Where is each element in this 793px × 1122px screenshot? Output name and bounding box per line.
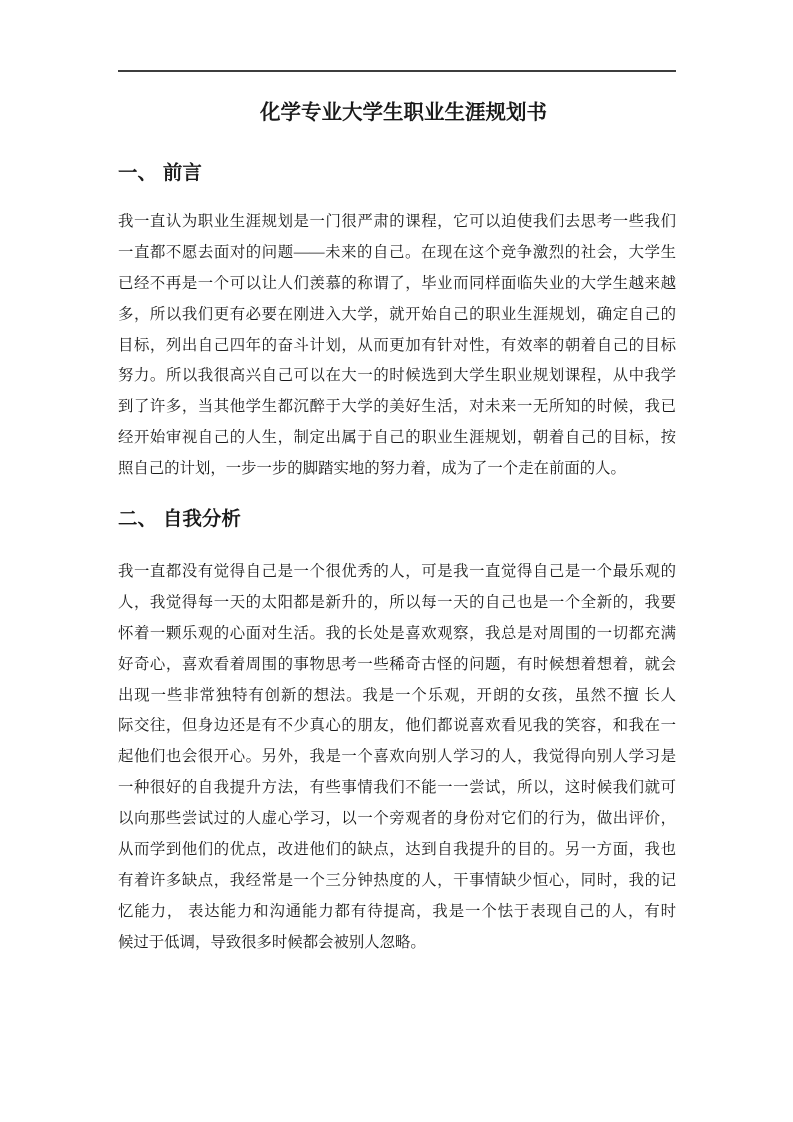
text-line: 人，我觉得每一天的太阳都是新升的，所以每一天的自己也是一个全新的，我要	[118, 588, 676, 619]
document-page: 化学专业大学生职业生涯规划书 一、 前言 我一直认为职业生涯规划是一门很严肃的课…	[0, 0, 793, 1122]
section-number: 二、	[118, 509, 157, 530]
section-heading-self-analysis: 二、 自我分析	[118, 508, 241, 532]
text-line: 目标，列出自己四年的奋斗计划，从而更加有针对性，有效率的朝着自己的目标	[118, 331, 676, 362]
document-content: 化学专业大学生职业生涯规划书 一、 前言 我一直认为职业生涯规划是一门很严肃的课…	[118, 0, 676, 1122]
text-line: 努力。所以我很高兴自己可以在大一的时候选到大学生职业规划课程，从中我学	[118, 361, 676, 392]
text-line: 以向那些尝试过的人虚心学习，以一个旁观者的身份对它们的行为，做出评价，	[118, 804, 676, 835]
text-line: 已经不再是一个可以让人们羡慕的称谓了，毕业而同样面临失业的大学生越来越	[118, 269, 676, 300]
paragraph-self-analysis: 我一直都没有觉得自己是一个很优秀的人，可是我一直觉得自己是一个最乐观的人，我觉得…	[118, 557, 676, 959]
text-line: 忆能力， 表达能力和沟通能力都有待提高，我是一个怯于表现自己的人，有时	[118, 897, 676, 928]
text-line: 一种很好的自我提升方法，有些事情我们不能一一尝试，所以，这时候我们就可	[118, 773, 676, 804]
text-line: 出现一些非常独特有创新的想法。我是一个乐观，开朗的女孩，虽然不擅 长人	[118, 681, 676, 712]
text-line: 怀着一颗乐观的心面对生活。我的长处是喜欢观察，我总是对周围的一切都充满	[118, 619, 676, 650]
text-line: 从而学到他们的优点，改进他们的缺点，达到自我提升的目的。另一方面，我也	[118, 835, 676, 866]
text-line: 我一直认为职业生涯规划是一门很严肃的课程，它可以迫使我们去思考一些我们	[118, 207, 676, 238]
text-line: 经开始审视自己的人生，制定出属于自己的职业生涯规划，朝着自己的目标，按	[118, 423, 676, 454]
section-label: 自我分析	[163, 509, 241, 530]
text-line: 多，所以我们更有必要在刚进入大学，就开始自己的职业生涯规划，确定自己的	[118, 300, 676, 331]
text-line: 照自己的计划，一步一步的脚踏实地的努力着，成为了一个走在前面的人。	[118, 454, 676, 485]
document-title: 化学专业大学生职业生涯规划书	[118, 100, 676, 126]
section-label: 前言	[163, 163, 202, 184]
text-line: 际交往，但身边还是有不少真心的朋友，他们都说喜欢看见我的笑容，和我在一	[118, 711, 676, 742]
text-line: 到了许多，当其他学生都沉醉于大学的美好生活，对未来一无所知的时候，我已	[118, 392, 676, 423]
header-rule	[118, 70, 676, 72]
text-line: 我一直都没有觉得自己是一个很优秀的人，可是我一直觉得自己是一个最乐观的	[118, 557, 676, 588]
text-line: 好奇心，喜欢看着周围的事物思考一些稀奇古怪的问题，有时候想着想着，就会	[118, 650, 676, 681]
text-line: 起他们也会很开心。另外，我是一个喜欢向别人学习的人，我觉得向别人学习是	[118, 742, 676, 773]
text-line: 一直都不愿去面对的问题——未来的自己。在现在这个竞争激烈的社会，大学生	[118, 238, 676, 269]
text-line: 有着许多缺点，我经常是一个三分钟热度的人，干事情缺少恒心，同时，我的记	[118, 866, 676, 897]
section-number: 一、	[118, 163, 157, 184]
section-heading-preface: 一、 前言	[118, 162, 202, 186]
text-line: 候过于低调，导致很多时候都会被别人忽略。	[118, 928, 676, 959]
paragraph-preface: 我一直认为职业生涯规划是一门很严肃的课程，它可以迫使我们去思考一些我们一直都不愿…	[118, 207, 676, 485]
